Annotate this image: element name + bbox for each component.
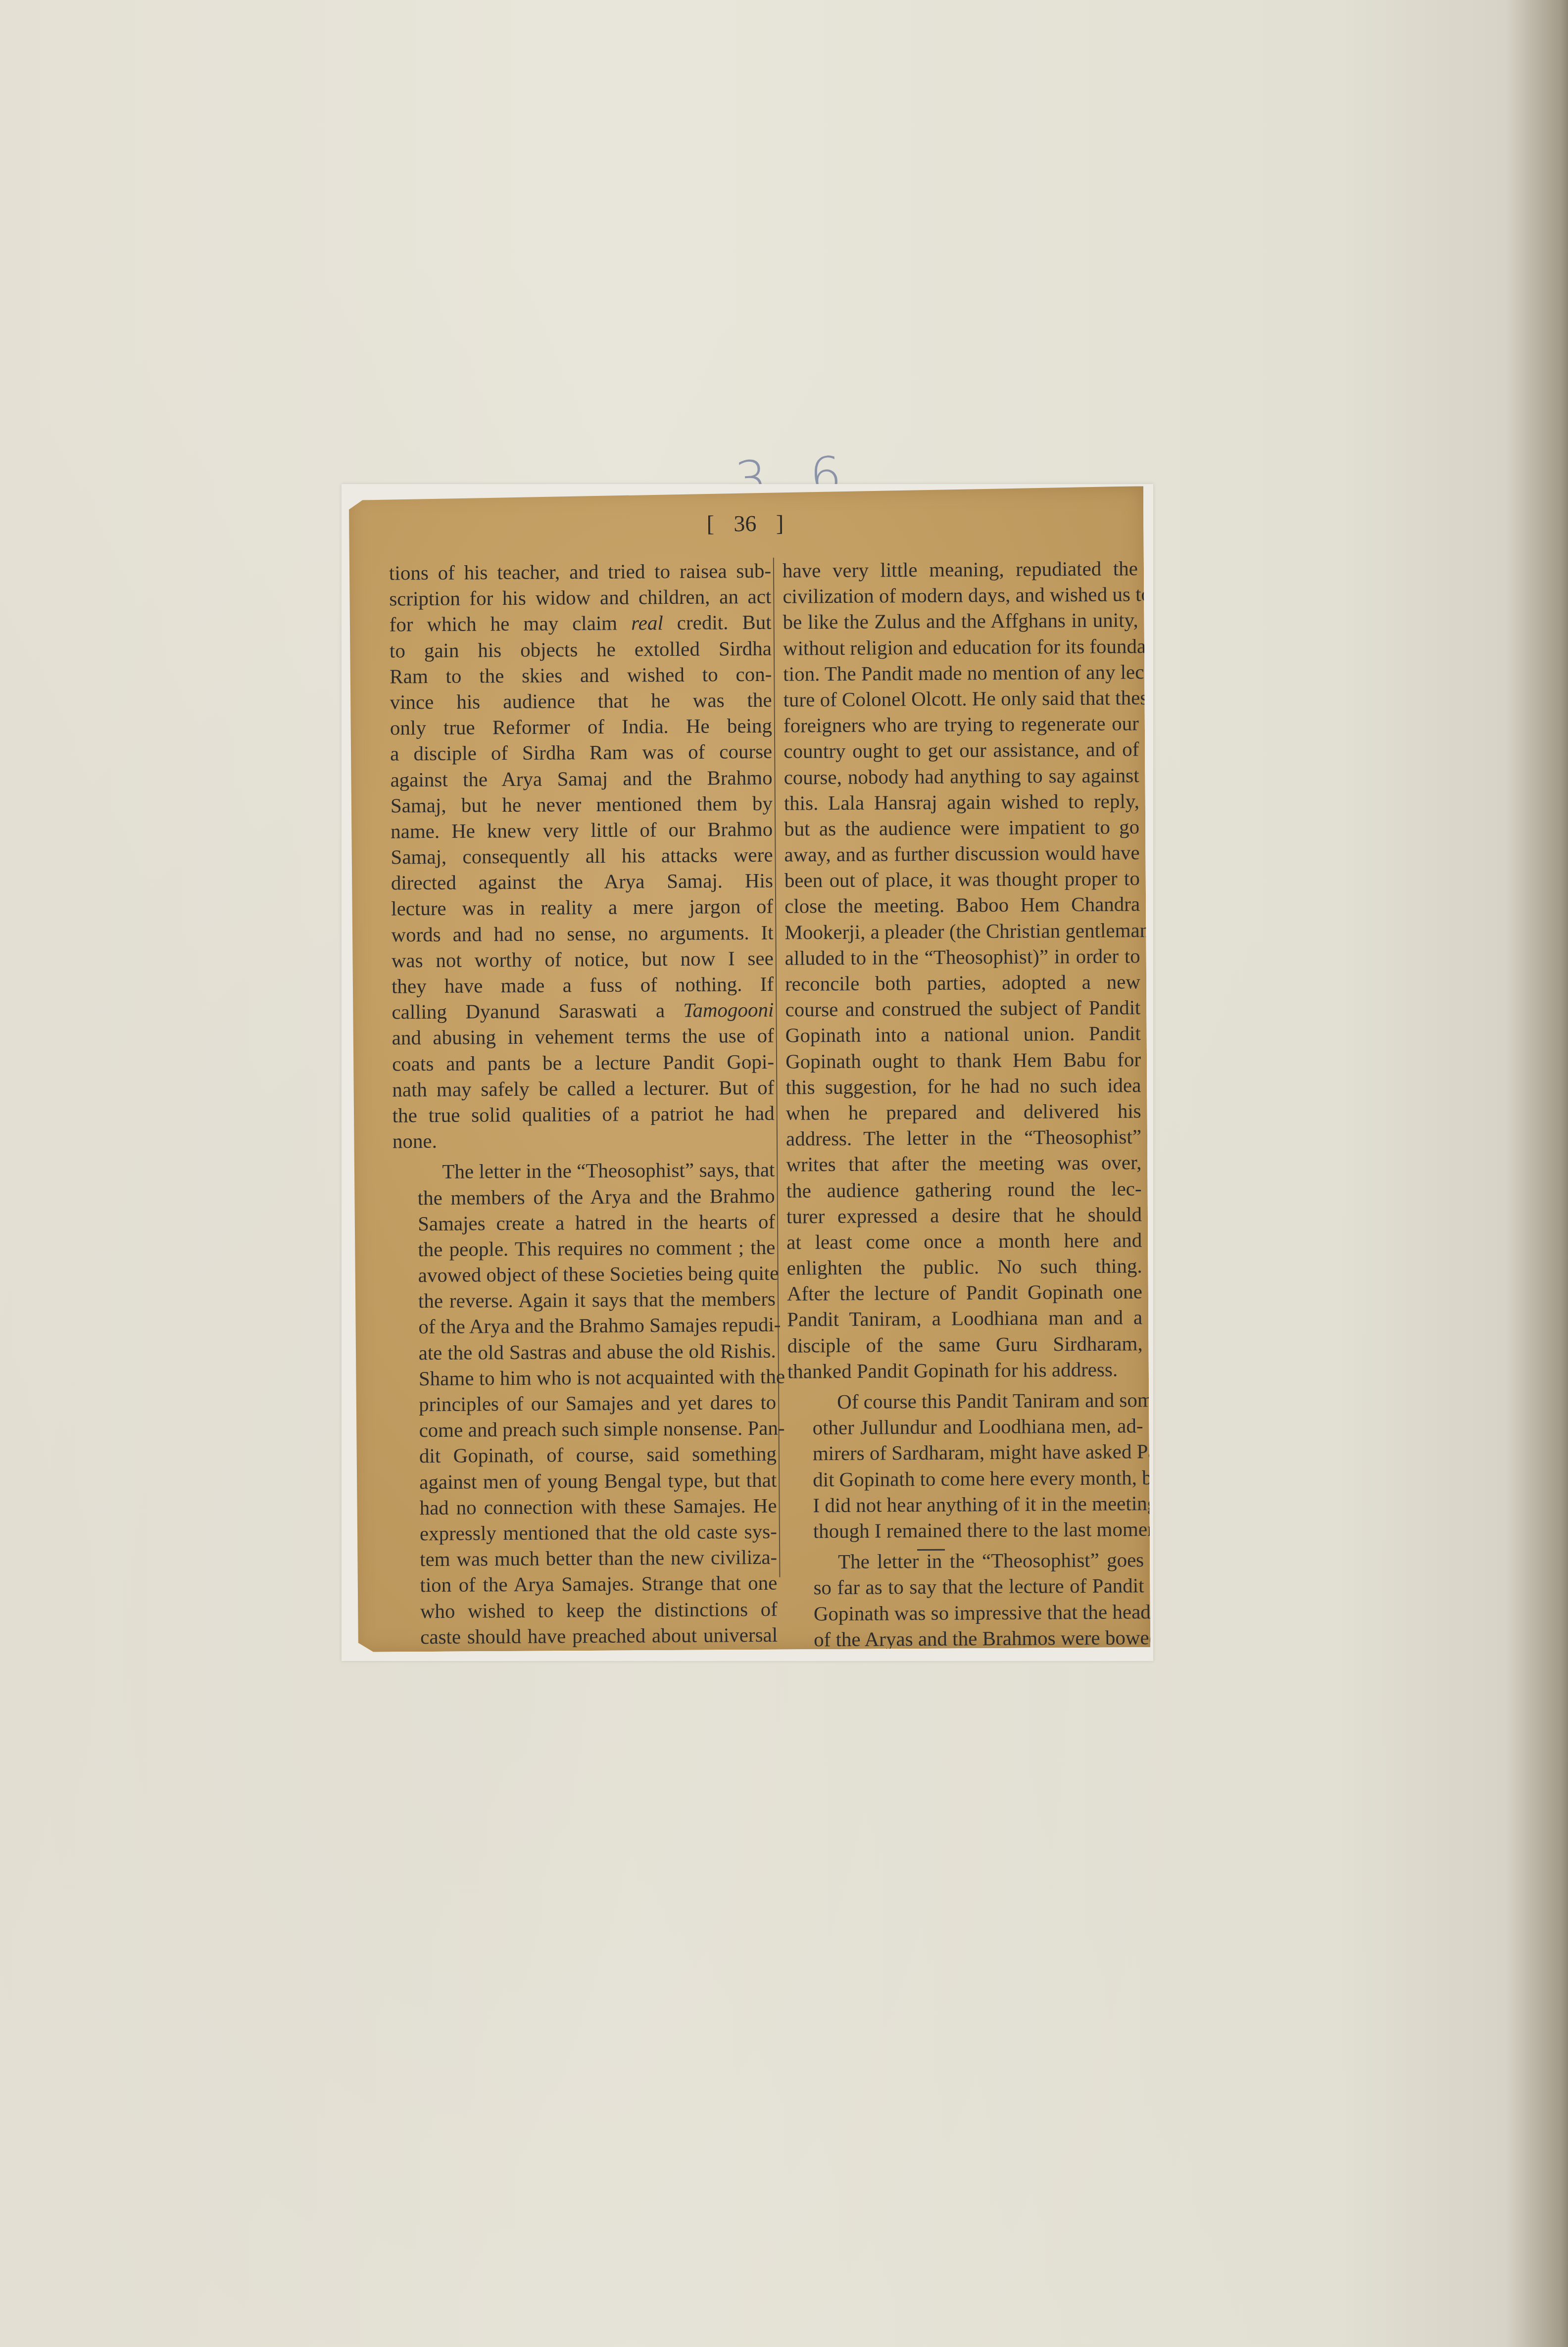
text-line: dit Gopinath, of course, said something xyxy=(394,1441,777,1469)
text-line: Gopinath into a national union. Pandit xyxy=(785,1021,1141,1049)
text-line: that they had come to hear one who did n… xyxy=(789,1702,1145,1730)
text-line: have very little meaning, repudiated the xyxy=(783,555,1138,584)
text-line: language, an ignoramus and unfit to be a xyxy=(790,1883,1146,1911)
text-line: though I remained there to the last mome… xyxy=(788,1516,1144,1544)
text-line: and probably nothing of Sanskrit dared xyxy=(790,1831,1146,1859)
text-line: and no more. He ought to try the experi- xyxy=(791,1960,1146,1988)
text-line: call Dyanand Saraswati, a master of Sans… xyxy=(790,1857,1146,1885)
text-line: away, and as further discussion would ha… xyxy=(784,839,1139,868)
text-line: Gopinath ought to thank Hem Babu for xyxy=(785,1046,1141,1075)
text-line: they have made a fuss of nothing. If xyxy=(392,971,774,999)
text-line: address. The letter in the “Theosophist” xyxy=(786,1124,1141,1152)
text-line: tion. The Pandit made no mention of any … xyxy=(783,659,1138,687)
text-line: nath may safely be called a lecturer. Bu… xyxy=(392,1074,774,1102)
text-line: Mookerji, a pleader (the Christian gentl… xyxy=(784,917,1140,945)
text-line: for which he may claim real credit. But xyxy=(389,609,771,637)
text-line: only true Reformer of India. He being xyxy=(390,713,772,741)
text-line: name. He knew very little of our Brahmo xyxy=(391,816,773,844)
text-line: the people. This requires no comment ; t… xyxy=(393,1234,775,1263)
text-line: the members of the Arya and the Brahmo xyxy=(393,1182,775,1211)
text-line: reconcile both parties, adopted a new xyxy=(785,969,1140,997)
text-line: turer expressed a desire that he should xyxy=(786,1201,1142,1229)
text-line: caste should have preached about univers… xyxy=(395,1621,778,1650)
text-line: ate the old Sastras and abuse the old Ri… xyxy=(393,1337,776,1366)
text-line: tem was much better than the new civiliz… xyxy=(395,1544,777,1572)
text-line: without religion and education for its f… xyxy=(783,633,1138,661)
text-line: it was no reply. To avoid the question o… xyxy=(397,1962,780,1991)
text-line: course, nobody had anything to say again… xyxy=(784,762,1139,790)
text-line: dit Gopinath to come here every month, b… xyxy=(788,1465,1143,1493)
text-line: the true solid qualities of a patriot he… xyxy=(392,1100,775,1128)
text-line: ligion he took up the question of nation… xyxy=(398,1988,780,2016)
text-line: enlighten the public. No such thing. xyxy=(786,1253,1142,1281)
text-line: at least come once a month here and xyxy=(786,1227,1142,1255)
text-line: ture of Colonel Olcott. He only said tha… xyxy=(783,685,1138,713)
text-line: scription for his widow and children, an… xyxy=(389,584,771,612)
text-line: fend the members of the Samaj but he xyxy=(396,1725,778,1753)
text-line: principles of our Samajes and yet dares … xyxy=(394,1389,776,1418)
text-line: coats and pants be a lecture Pandit Gopi… xyxy=(392,1048,774,1076)
text-line: explained to the public the principles o… xyxy=(396,1751,779,1779)
text-line: by shame but through sorrow, that one wh… xyxy=(790,1779,1145,1808)
text-line: Pandit Taniram, a Loodhiana man and a xyxy=(787,1305,1142,1333)
text-line: for the audience consisted mostly of the xyxy=(396,1803,779,1831)
text-line: who classed themselves with the orthodox xyxy=(397,1854,779,1882)
text-line: vince his audience that he was the xyxy=(390,687,772,715)
text-line: Samaj, but he never mentioned them by xyxy=(391,790,773,818)
text-line: mirers of Sardharam, might have asked Pa… xyxy=(788,1439,1143,1467)
text-line: The letter in the “Theosophist” goes xyxy=(788,1547,1144,1575)
text-line: been out of place, it was thought proper… xyxy=(784,865,1140,893)
text-line: the reverse. Again it says that the memb… xyxy=(393,1286,776,1314)
text-line: appear thundering in the “Theosophist,” … xyxy=(397,1937,780,1965)
text-line: The letter in the “Theosophist” says, th… xyxy=(392,1157,775,1185)
text-line: After the lecture of Pandit Gopinath one xyxy=(787,1278,1142,1307)
text-line: to gain his objects he extolled Sirdha xyxy=(390,635,772,663)
text-line: Arya Samaj. No defence was necessary, xyxy=(396,1777,779,1805)
text-line: course and construed the subject of Pand… xyxy=(785,994,1140,1023)
text-line: teacher of India. Pandit Gopinath will, xyxy=(791,1908,1146,1937)
text-line: avowed object of these Societies being q… xyxy=(393,1260,776,1288)
text-line: if he comes next, get only a dozen heare… xyxy=(791,1934,1146,1962)
text-line: thanked Pandit Gopinath for his address. xyxy=(787,1356,1143,1384)
text-line: Aryas and the Brahmos. There were very f… xyxy=(397,1828,779,1857)
text-line: Hindus. xyxy=(397,1880,779,1908)
text-line: Samajes create a hatred in the hearts of xyxy=(393,1208,775,1236)
end-of-article-rule xyxy=(917,1549,945,1551)
text-line: ment. xyxy=(791,1986,1146,2014)
text-line: other Jullundur and Loodhiana men, ad- xyxy=(787,1413,1143,1441)
text-line: paradoxical. Lalla Hansraj (Secretary of xyxy=(396,1673,778,1702)
text-line: words and had no sense, no arguments. It xyxy=(391,919,773,947)
text-line: alluded to in the “Theosophist)” in orde… xyxy=(785,943,1140,971)
text-line: come and preach such simple nonsense. Pa… xyxy=(394,1415,776,1443)
text-line: a disciple of Sirdha Ram was of course xyxy=(390,738,772,767)
text-line: expressly mentioned that the old caste s… xyxy=(395,1518,777,1547)
text-line: had no connection with these Samajes. He xyxy=(394,1492,777,1520)
text-line: I did not hear anything of it in the mee… xyxy=(788,1490,1143,1518)
text-line: Gopinath was so impressive that the head… xyxy=(789,1599,1144,1627)
text-line: civilization of modern days, and wished … xyxy=(783,581,1138,609)
text-line: know how to speak of his betters and xyxy=(789,1728,1145,1756)
text-line: this suggestion, for he had no such idea xyxy=(785,1072,1141,1100)
text-line: Of course this Pandit Taniram and some xyxy=(787,1387,1143,1415)
text-line: the local Arya Samaj) did not try to de- xyxy=(396,1699,778,1727)
left-column: tions of his teacher, and tried to raise… xyxy=(389,558,781,2073)
text-line: foreigners who are trying to regenerate … xyxy=(784,710,1139,738)
text-line: close the meeting. Baboo Hem Chandra xyxy=(784,891,1140,920)
text-line: of the Arya and the Brahmo Samajes repud… xyxy=(393,1312,776,1340)
text-line: was not worthy of notice, but now I see xyxy=(392,945,774,974)
text-line: and abusing in vehement terms the use of xyxy=(392,1023,774,1051)
text-line: alone, for his words if put together wou… xyxy=(398,2040,780,2068)
text-line: but as the audience were impatient to go xyxy=(784,814,1139,842)
text-line: tion of the Arya Samajes. Strange that o… xyxy=(395,1570,777,1598)
text-line: this. Lala Hansraj again wished to reply… xyxy=(784,788,1139,816)
text-line: against the Arya Samaj and the Brahmo xyxy=(390,764,772,792)
text-line: in his reply, and with vehement words xyxy=(398,2014,780,2042)
text-line: so far as to say that the lecture of Pan… xyxy=(788,1573,1144,1601)
paragraph: The letter in the “Theosophist” says, th… xyxy=(392,1157,779,1908)
text-line: tions of his teacher, and tried to raise… xyxy=(389,558,771,586)
text-line: none. xyxy=(392,1126,775,1154)
paragraph: Of course this Pandit Taniram and someot… xyxy=(787,1387,1144,1544)
newspaper-clipping: [ 36 ] tions of his teacher, and tried t… xyxy=(346,486,1150,1652)
text-line: Shame to him who is not acquainted with … xyxy=(394,1364,776,1392)
paragraph: The letter in the “Theosophist” goesso f… xyxy=(788,1547,1147,2014)
printed-page-number: [ 36 ] xyxy=(346,508,1143,539)
paragraph: The reply of Pandit Gopinath may nowappe… xyxy=(397,1910,781,2068)
text-line: who wished to keep the distinctions of xyxy=(395,1596,778,1624)
text-line: be like the Zulus and the Affghans in un… xyxy=(783,607,1138,636)
paragraph: tions of his teacher, and tried to raise… xyxy=(389,558,775,1154)
text-line: lecture was in reality a mere jargon of xyxy=(391,893,773,922)
text-line: writes that after the meeting was over, xyxy=(786,1150,1141,1178)
text-line: Samaj, consequently all his attacks were xyxy=(391,842,773,870)
right-column: have very little meaning, repudiated the… xyxy=(783,555,1147,2019)
text-line: the audience gathering round the lec- xyxy=(786,1175,1141,1204)
text-line: had a little smattering of English educa… xyxy=(790,1805,1145,1833)
text-line: superiors. Their heads were not bowed do… xyxy=(790,1754,1145,1782)
text-line: country ought to get our assistance, and… xyxy=(784,736,1139,765)
text-line: disciple of the same Guru Sirdharam, xyxy=(787,1330,1142,1359)
paragraph: have very little meaning, repudiated the… xyxy=(783,555,1143,1384)
text-line: The reply of Pandit Gopinath may now xyxy=(397,1910,780,1939)
text-line: calling Dyanund Saraswati a Tamogooni xyxy=(392,997,774,1025)
text-line: against men of young Bengal type, but th… xyxy=(394,1467,777,1495)
text-line: when he prepared and delivered his xyxy=(786,1098,1141,1126)
text-line: bowed down it must have been at the idea xyxy=(789,1676,1145,1704)
text-line: directed against the Arya Samaj. His xyxy=(391,868,773,896)
text-line: Ram to the skies and wished to con- xyxy=(390,661,772,689)
